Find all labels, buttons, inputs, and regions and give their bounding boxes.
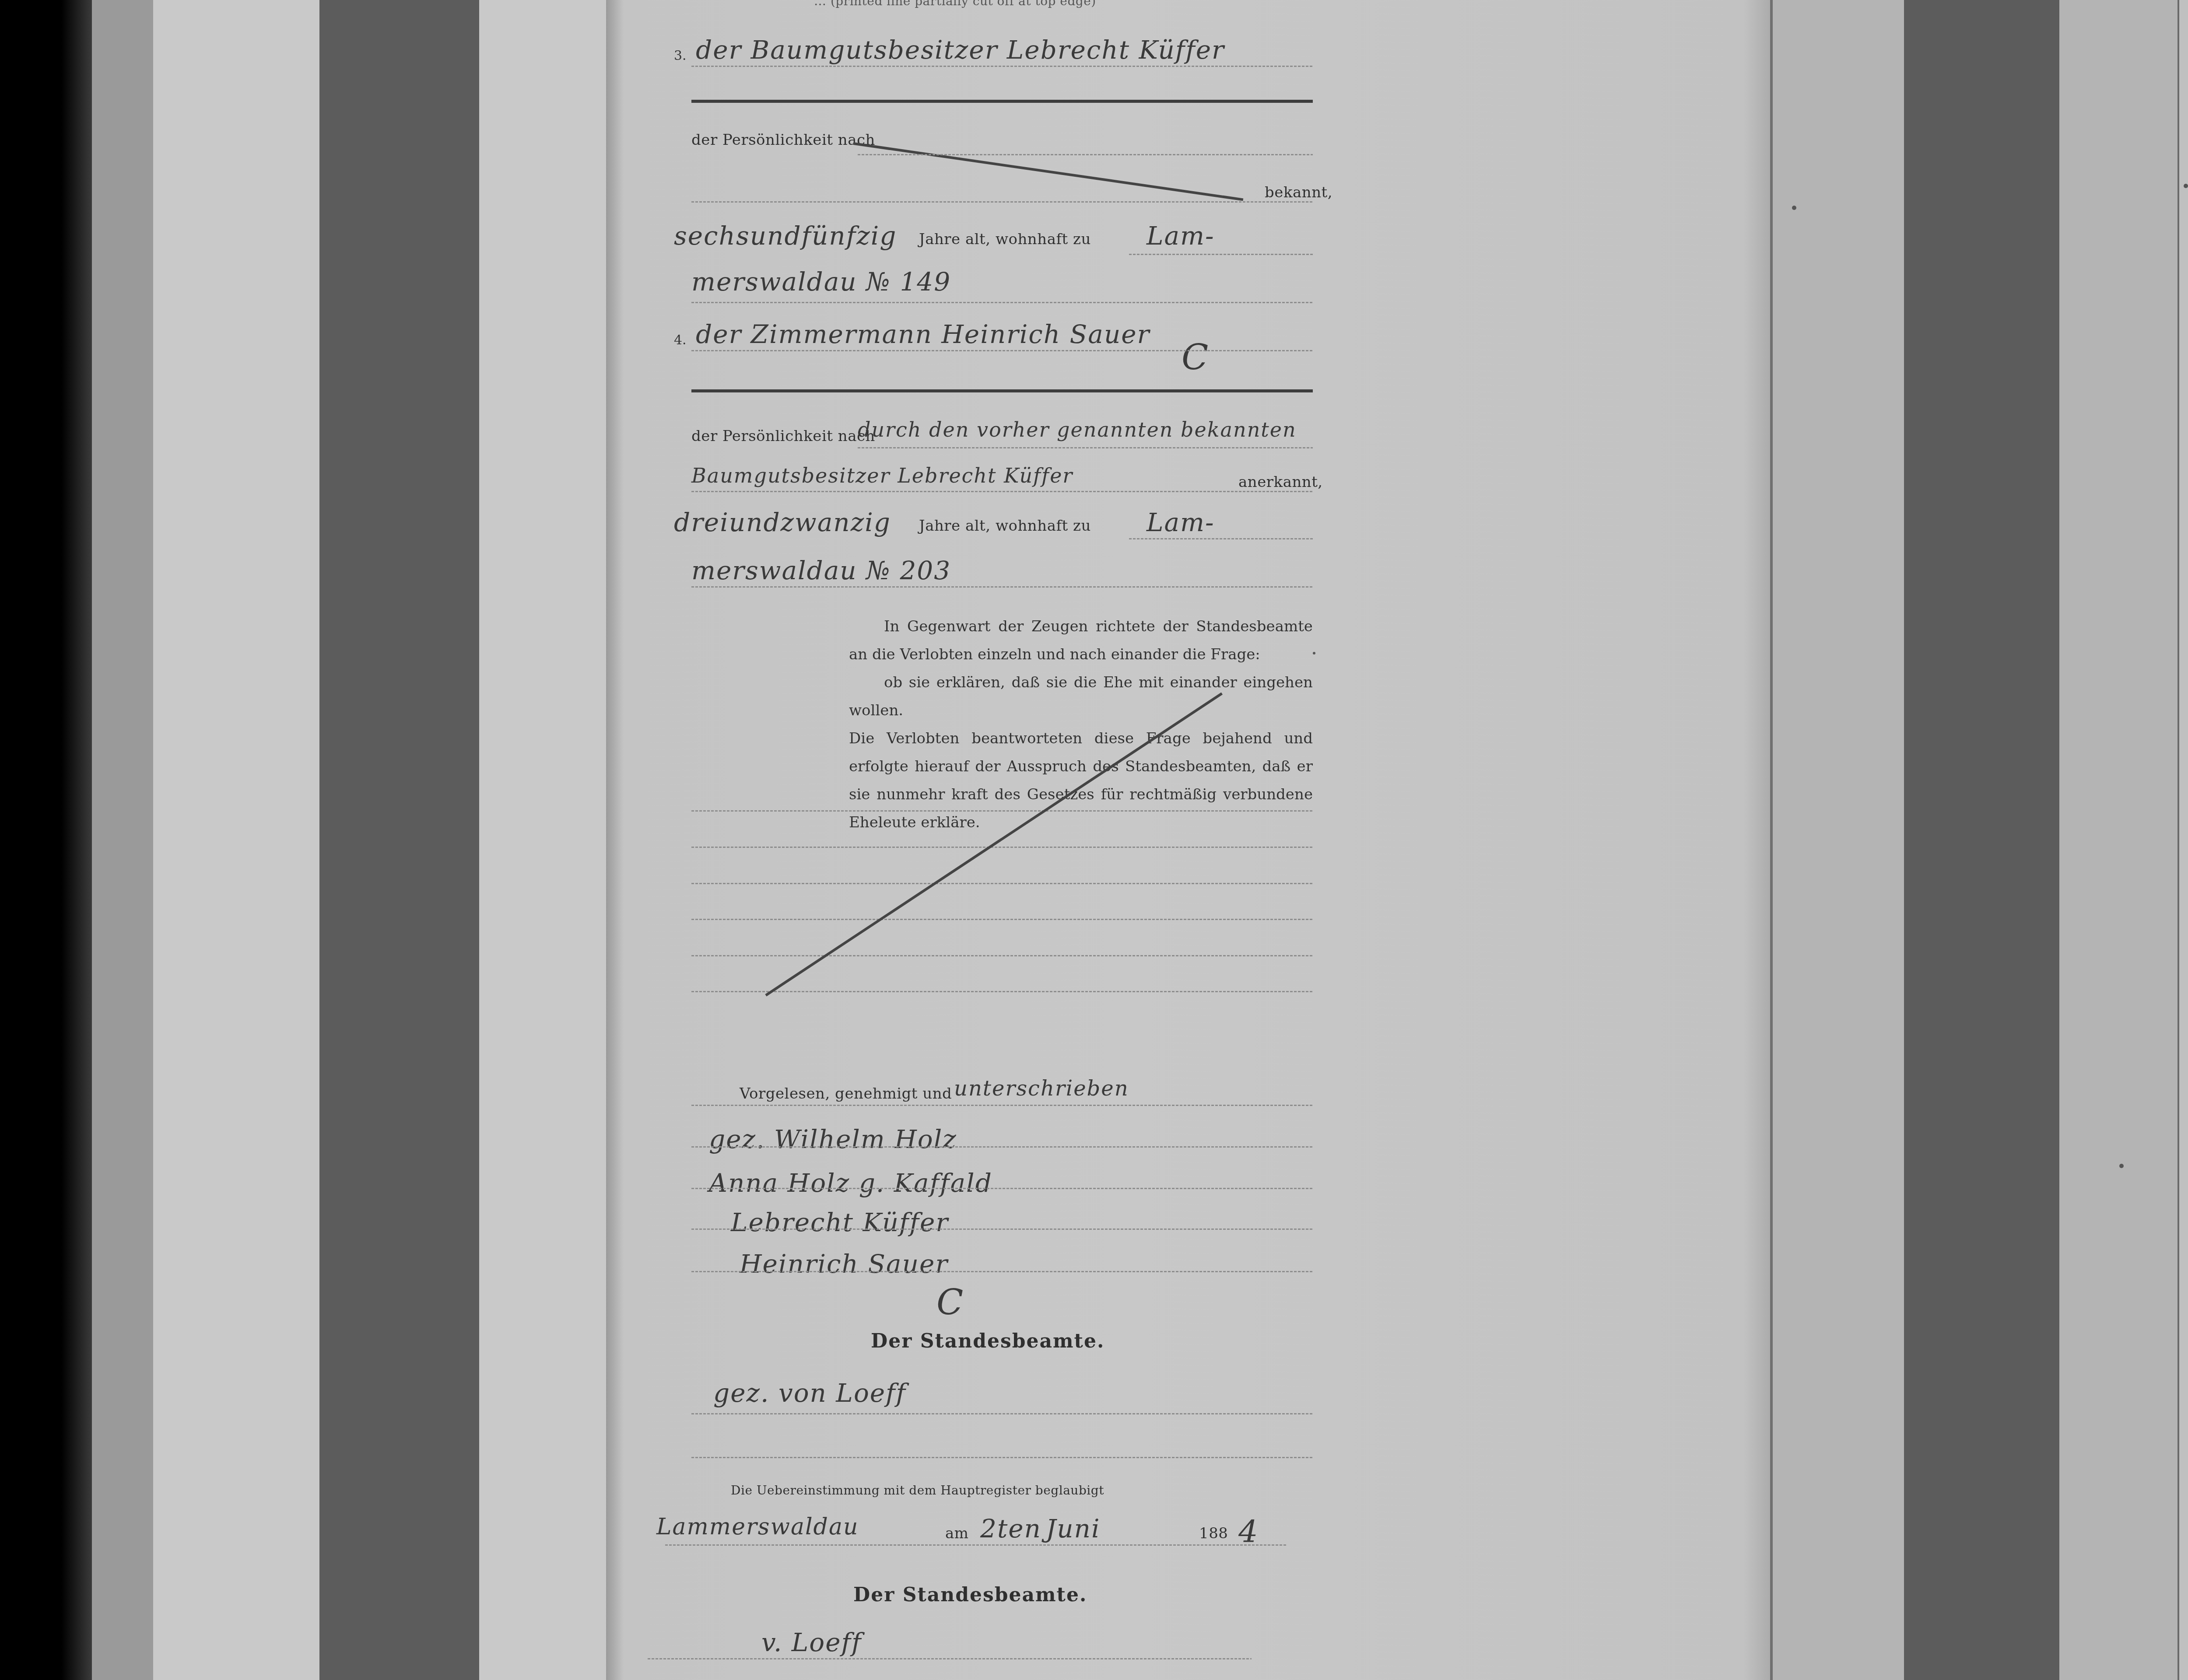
blank-line [691,810,1313,812]
entry-line [691,1413,1313,1414]
entry-line [691,1228,1313,1230]
section-separator [691,389,1313,392]
entry-line [691,66,1313,67]
blank-line [691,847,1313,848]
entry-line [648,1658,1252,1659]
entry-line [691,302,1313,303]
left-dark-band [319,0,479,1680]
certification-day: 2ten [980,1514,1041,1543]
entry-line [1129,538,1313,539]
signature-line: Lebrecht Küffer [731,1207,949,1237]
witness-name: der Zimmermann Heinrich Sauer [696,319,1150,349]
entry-line [691,201,1313,203]
age-words: dreiundzwanzig [674,507,891,537]
entry-line [691,586,1313,588]
identity-suffix: anerkannt, [1238,473,1323,491]
blank-line [691,919,1313,920]
entry-line [1129,254,1313,255]
signature-line: gez. Wilhelm Holz [709,1124,957,1154]
identity-suffix: bekannt, [1265,184,1332,201]
left-light-strip-2 [479,0,606,1680]
age-label: Jahre alt, wohnhaft zu [919,231,1091,248]
certification-place: Lammerswaldau [656,1514,859,1540]
right-outer-strip [2179,0,2188,1680]
dust-speck [1792,206,1796,210]
ceremony-text-1: In Gegenwart der Zeugen richtete der Sta… [849,612,1313,668]
registrar-title: Der Standesbeamte. [871,1330,1105,1352]
certification-date-prefix: am [945,1525,969,1542]
left-light-strip [153,0,319,1680]
certification-year-printed: 188 [1199,1525,1228,1542]
identity-label: der Persönlichkeit nach [691,131,875,149]
blank-line [691,955,1313,956]
ceremony-paragraph: In Gegenwart der Zeugen richtete der Sta… [849,612,1313,836]
blank-line [691,883,1313,884]
certification-signature: v. Loeff [761,1627,862,1657]
right-light-strip-2 [2059,0,2177,1680]
witness-number: 4. [674,332,687,348]
entry-line [691,350,1313,351]
entry-line [691,491,1313,492]
entry-line [665,1544,1287,1546]
ceremony-text-3: Die Verlobten beantworteten diese Frage … [849,724,1313,836]
signature-mark: C [936,1282,964,1323]
witness-number: 3. [674,48,687,63]
signature-label-value: unterschrieben [954,1076,1129,1101]
certification-text: Die Uebereinstimmung mit dem Hauptregist… [731,1483,1104,1498]
top-cut-line: … (printed line partially cut off at top… [814,0,1453,8]
signature-label: Vorgelesen, genehmigt und [740,1085,952,1102]
dust-speck [2184,184,2188,188]
register-page [606,0,1774,1680]
section-separator [691,100,1313,103]
entry-line [858,447,1313,448]
entry-line [691,1105,1313,1106]
film-edge-left [0,0,92,1680]
dust-speck [1313,652,1315,654]
residence-line-2: merswaldau № 149 [691,267,951,297]
certification-month: Juni [1046,1514,1101,1543]
dust-speck [2119,1164,2124,1168]
left-margin-strip [92,0,153,1680]
residence-line-1: Lam- [1147,507,1215,537]
identity-label: der Persönlichkeit nach [691,427,875,445]
signature-line: Anna Holz g. Kaffald [709,1168,992,1198]
identity-value: durch den vorher genannten bekannten [858,418,1297,441]
age-words: sechsundfünfzig [674,221,897,251]
certification-title: Der Standesbeamte. [853,1584,1087,1606]
ceremony-text-2: ob sie erklären, daß sie die Ehe mit ein… [849,668,1313,724]
entry-line [691,1188,1313,1189]
residence-line-2: merswaldau № 203 [691,556,951,585]
right-light-strip [1773,0,1904,1680]
blank-line [691,991,1313,992]
identity-value-line-2: Baumgutsbesitzer Lebrecht Küffer [691,464,1073,487]
witness-mark: C [1182,337,1209,378]
entry-line [691,1457,1313,1458]
age-label: Jahre alt, wohnhaft zu [919,517,1091,535]
witness-name: der Baumgutsbesitzer Lebrecht Küffer [696,35,1225,65]
residence-line-1: Lam- [1147,221,1215,251]
registrar-signature: gez. von Loeff [713,1378,906,1408]
right-dark-band [1904,0,2059,1680]
entry-line [691,1271,1313,1272]
entry-line [691,1146,1313,1148]
entry-line [858,154,1313,155]
signature-line: Heinrich Sauer [740,1249,948,1279]
